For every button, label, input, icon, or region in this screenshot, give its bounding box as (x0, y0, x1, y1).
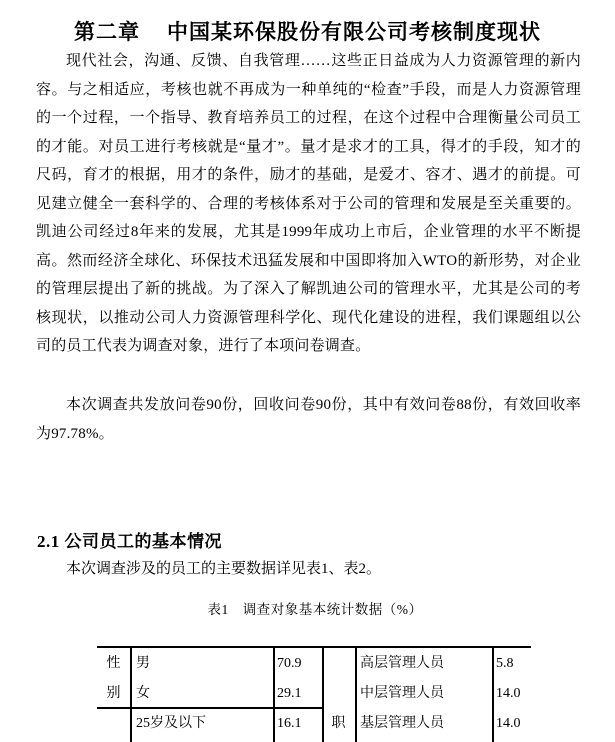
table-cell-value: 16.1 (277, 715, 302, 733)
body-paragraph-2: 本次调查共发放问卷90份，回收问卷90份，其中有效问卷88份，有效回收率为97.… (36, 391, 581, 448)
page-title: 第二章 中国某环保股份有限公司考核制度现状 (0, 16, 615, 46)
table-cell-group-position-char1: 职 (322, 715, 355, 733)
section-intro: 本次调查涉及的员工的主要数据详见表1、表2。 (36, 555, 581, 584)
table-cell-label: 25岁及以下 (136, 715, 206, 733)
table-border-col4 (355, 648, 357, 742)
table-cell-label: 中层管理人员 (360, 685, 444, 703)
table-cell-label: 男 (136, 655, 150, 673)
table-cell-value: 5.8 (496, 655, 514, 673)
table-caption: 表1 调查对象基本统计数据（%） (0, 598, 615, 618)
section-heading: 2.1 公司员工的基本情况 (37, 527, 222, 552)
table-border-col2 (273, 648, 275, 742)
table-cell-value: 29.1 (277, 685, 302, 703)
table-border-top (97, 646, 531, 648)
table-cell-label: 基层管理人员 (360, 715, 444, 733)
table-cell-group-gender-char2: 别 (97, 685, 130, 703)
chapter-title: 中国某环保股份有限公司考核制度现状 (167, 16, 541, 46)
table-cell-value: 70.9 (277, 655, 302, 673)
table-border-col1 (130, 648, 132, 742)
table-cell-value: 14.0 (496, 685, 521, 703)
table-cell-group-gender-char1: 性 (97, 655, 130, 673)
chapter-number: 第二章 (74, 16, 140, 46)
table-cell-value: 14.0 (496, 715, 521, 733)
table-cell-label: 女 (136, 685, 150, 703)
table-cell-label: 高层管理人员 (360, 655, 444, 673)
table-border-col5 (492, 648, 494, 742)
body-paragraph-1: 现代社会，沟通、反馈、自我管理……这些正日益成为人力资源管理的新内容。与之相适应… (36, 47, 581, 361)
